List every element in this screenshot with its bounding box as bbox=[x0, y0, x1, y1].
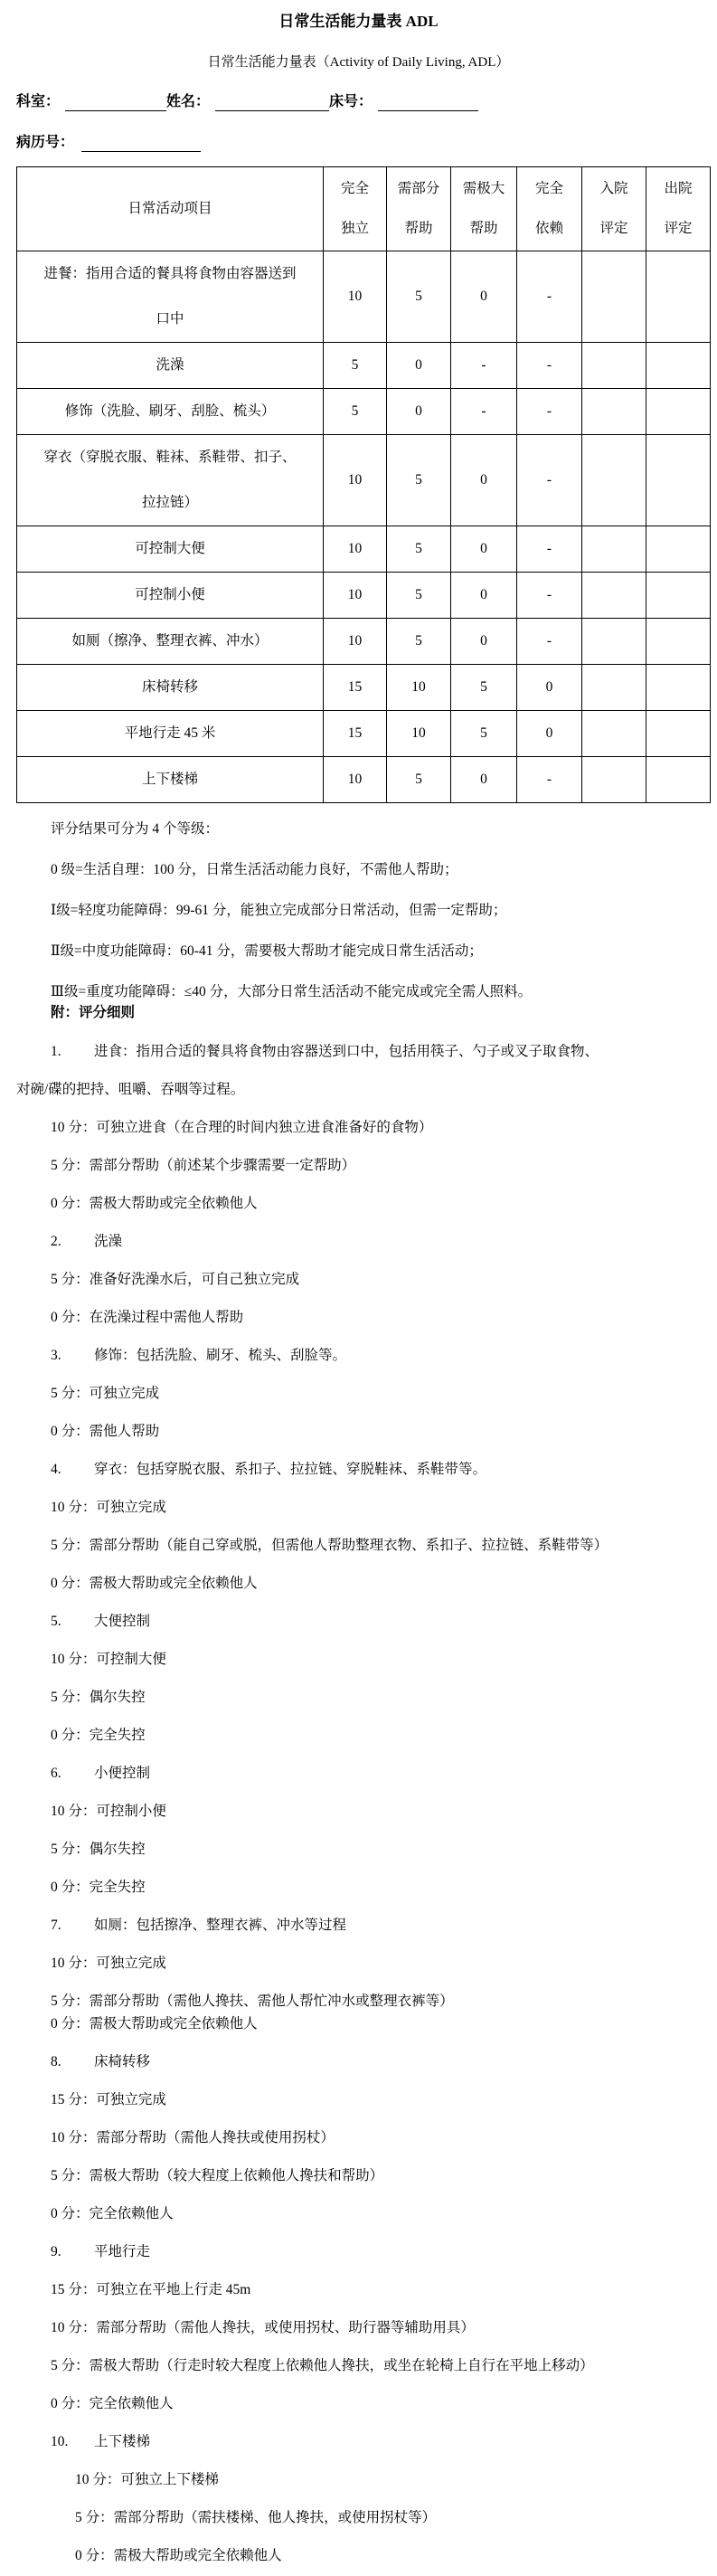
rule-text: 0 分：需极大帮助或完全依赖他人 bbox=[75, 2548, 282, 2563]
rule-line: 8.床椅转移 bbox=[51, 2054, 701, 2069]
rule-text: 0 分：需极大帮助或完全依赖他人 bbox=[51, 1196, 258, 1211]
rule-line: 15 分：可独立完成 bbox=[51, 2092, 701, 2107]
rule-line: 1.进食：指用合适的餐具将食物由容器送到口中，包括用筷子、勺子或叉子取食物、 bbox=[51, 1044, 701, 1059]
score-cell: 10 bbox=[324, 435, 387, 526]
admission-eval-cell bbox=[582, 389, 646, 435]
rule-line: 0 分：完全依赖他人 bbox=[51, 2396, 701, 2411]
column-header-admission: 入院 评定 bbox=[582, 167, 646, 251]
rule-number: 7. bbox=[51, 1918, 94, 1933]
table-row: 可控制大便 10 5 0 - bbox=[17, 526, 711, 573]
rule-text: 10 分：可独立上下楼梯 bbox=[75, 2472, 219, 2487]
adl-table-body: 进餐：指用合适的餐具将食物由容器送到 口中 10 5 0 - 洗澡 5 0 - … bbox=[17, 251, 711, 803]
rule-text: 0 分：完全失控 bbox=[51, 1728, 146, 1743]
discharge-eval-cell bbox=[646, 573, 711, 619]
table-row: 洗澡 5 0 - - bbox=[17, 343, 711, 389]
admission-eval-cell bbox=[582, 757, 646, 803]
name-label: 姓名： bbox=[166, 94, 210, 109]
admission-eval-cell bbox=[582, 711, 646, 757]
score-cell: 10 bbox=[324, 526, 387, 573]
discharge-eval-cell bbox=[646, 343, 711, 389]
rule-line: 5 分：需部分帮助（前述某个步骤需要一定帮助） bbox=[51, 1158, 701, 1173]
rule-text: 床椅转移 bbox=[94, 2054, 150, 2069]
column-header-activity: 日常活动项目 bbox=[17, 167, 324, 251]
score-cell: 10 bbox=[387, 711, 451, 757]
rule-text: 15 分：可独立在平地上行走 45m bbox=[51, 2282, 250, 2297]
score-cell: 5 bbox=[451, 711, 517, 757]
discharge-eval-cell bbox=[646, 665, 711, 711]
rule-text: 洗澡 bbox=[94, 1234, 122, 1249]
rules-section: 1.进食：指用合适的餐具将食物由容器送到口中，包括用筷子、勺子或叉子取食物、 对… bbox=[16, 1044, 701, 2563]
discharge-eval-cell bbox=[646, 526, 711, 573]
discharge-eval-cell bbox=[646, 619, 711, 665]
dept-label: 科室： bbox=[16, 94, 60, 109]
rule-text: 10 分：可控制小便 bbox=[51, 1804, 166, 1819]
rule-number: 8. bbox=[51, 2054, 94, 2069]
score-cell: - bbox=[451, 343, 517, 389]
rule-text: 10 分：可独立完成 bbox=[51, 1956, 166, 1971]
rule-text: 5 分：需极大帮助（较大程度上依赖他人搀扶和帮助） bbox=[51, 2168, 383, 2183]
rule-line: 10 分：可独立进食（在合理的时间内独立进食准备好的食物） bbox=[51, 1120, 701, 1135]
record-number-line: 病历号： bbox=[16, 134, 701, 152]
rule-text: 10 分：需部分帮助（需他人搀扶或使用拐杖） bbox=[51, 2130, 335, 2145]
activity-cell: 床椅转移 bbox=[17, 665, 324, 711]
table-header-row: 日常活动项目 完全 独立 需部分 帮助 需极大 帮助 完全 依赖 入院 评定 出… bbox=[17, 167, 711, 251]
rule-line: 10.上下楼梯 bbox=[51, 2434, 701, 2449]
rule-line: 0 分：需极大帮助或完全依赖他人 bbox=[51, 1196, 701, 1211]
rule-line: 4.穿衣：包括穿脱衣服、系扣子、拉拉链、穿脱鞋袜、系鞋带等。 bbox=[51, 1462, 701, 1477]
rule-line: 0 分：需极大帮助或完全依赖他人 bbox=[51, 1576, 701, 1591]
rule-text: 如厕：包括擦净、整理衣裤、冲水等过程 bbox=[94, 1918, 346, 1933]
rule-text: 0 分：完全依赖他人 bbox=[51, 2396, 174, 2411]
adl-score-table: 日常活动项目 完全 独立 需部分 帮助 需极大 帮助 完全 依赖 入院 评定 出… bbox=[16, 166, 711, 803]
appendix-title: 附：评分细则 bbox=[51, 1005, 701, 1021]
score-cell: - bbox=[517, 619, 582, 665]
rule-line: 0 分：完全失控 bbox=[51, 1880, 701, 1895]
rule-text: 10 分：可控制大便 bbox=[51, 1652, 166, 1667]
rule-text: 5 分：偶尔失控 bbox=[51, 1842, 146, 1857]
rule-line: 5 分：偶尔失控 bbox=[51, 1690, 701, 1705]
rule-line: 5 分：需部分帮助（需他人搀扶、需他人帮忙冲水或整理衣裤等） bbox=[51, 1994, 701, 2009]
table-row: 穿衣（穿脱衣服、鞋袜、系鞋带、扣子、 拉拉链） 10 5 0 - bbox=[17, 435, 711, 526]
rule-text: 0 分：需极大帮助或完全依赖他人 bbox=[51, 2016, 258, 2031]
admission-eval-cell bbox=[582, 435, 646, 526]
score-cell: 10 bbox=[324, 251, 387, 343]
rule-line: 10 分：可控制大便 bbox=[51, 1652, 701, 1667]
table-row: 可控制小便 10 5 0 - bbox=[17, 573, 711, 619]
table-row: 床椅转移 15 10 5 0 bbox=[17, 665, 711, 711]
grading-section: 评分结果可分为 4 个等级： 0 级=生活自理：100 分，日常生活活动能力良好… bbox=[16, 821, 701, 1021]
activity-cell: 修饰（洗脸、刷牙、刮脸、梳头） bbox=[17, 389, 324, 435]
name-field bbox=[215, 95, 329, 111]
rule-text: 平地行走 bbox=[94, 2244, 150, 2259]
table-row: 平地行走 45 米 15 10 5 0 bbox=[17, 711, 711, 757]
activity-cell: 上下楼梯 bbox=[17, 757, 324, 803]
rule-text: 0 分：完全依赖他人 bbox=[51, 2206, 174, 2221]
activity-cell: 可控制小便 bbox=[17, 573, 324, 619]
rule-line: 5 分：需部分帮助（需扶楼梯、他人搀扶，或使用拐杖等） bbox=[75, 2510, 701, 2525]
rule-line: 7.如厕：包括擦净、整理衣裤、冲水等过程 bbox=[51, 1918, 701, 1933]
discharge-eval-cell bbox=[646, 757, 711, 803]
record-label: 病历号： bbox=[16, 135, 74, 150]
table-row: 进餐：指用合适的餐具将食物由容器送到 口中 10 5 0 - bbox=[17, 251, 711, 343]
score-cell: 0 bbox=[387, 389, 451, 435]
rule-line: 0 分：完全失控 bbox=[51, 1728, 701, 1743]
rule-line: 0 分：需他人帮助 bbox=[51, 1424, 701, 1439]
rule-text: 修饰：包括洗脸、刷牙、梳头、刮脸等。 bbox=[94, 1348, 346, 1363]
rule-text: 0 分：完全失控 bbox=[51, 1880, 146, 1895]
activity-cell: 洗澡 bbox=[17, 343, 324, 389]
rule-number: 5. bbox=[51, 1614, 94, 1629]
rule-line: 10 分：可控制小便 bbox=[51, 1804, 701, 1819]
rule-number: 10. bbox=[51, 2434, 94, 2449]
activity-cell: 穿衣（穿脱衣服、鞋袜、系鞋带、扣子、 拉拉链） bbox=[17, 435, 324, 526]
rule-text: 5 分：需部分帮助（需他人搀扶、需他人帮忙冲水或整理衣裤等） bbox=[51, 1994, 454, 2009]
activity-cell: 可控制大便 bbox=[17, 526, 324, 573]
grading-intro: 评分结果可分为 4 个等级： bbox=[51, 821, 701, 838]
rule-line: 0 分：在洗澡过程中需他人帮助 bbox=[51, 1310, 701, 1325]
discharge-eval-cell bbox=[646, 435, 711, 526]
rule-text: 0 分：需他人帮助 bbox=[51, 1424, 159, 1439]
rule-text: 5 分：需部分帮助（前述某个步骤需要一定帮助） bbox=[51, 1158, 355, 1173]
grading-level-2: Ⅱ级=中度功能障碍：60-41 分，需要极大帮助才能完成日常生活活动； bbox=[51, 943, 701, 960]
rule-text: 5 分：需极大帮助（行走时较大程度上依赖他人搀扶，或坐在轮椅上自行在平地上移动） bbox=[51, 2358, 594, 2373]
rule-text: 0 分：需极大帮助或完全依赖他人 bbox=[51, 1576, 258, 1591]
rule-line: 10 分：可独立完成 bbox=[51, 1956, 701, 1971]
activity-cell: 进餐：指用合适的餐具将食物由容器送到 口中 bbox=[17, 251, 324, 343]
rule-number: 6. bbox=[51, 1766, 94, 1781]
rule-number: 3. bbox=[51, 1348, 94, 1363]
table-row: 上下楼梯 10 5 0 - bbox=[17, 757, 711, 803]
grading-level-0: 0 级=生活自理：100 分，日常生活活动能力良好，不需他人帮助； bbox=[51, 862, 701, 878]
score-cell: 5 bbox=[387, 526, 451, 573]
discharge-eval-cell bbox=[646, 389, 711, 435]
score-cell: - bbox=[517, 343, 582, 389]
rule-text: 小便控制 bbox=[94, 1766, 150, 1781]
admission-eval-cell bbox=[582, 526, 646, 573]
rule-line: 3.修饰：包括洗脸、刷牙、梳头、刮脸等。 bbox=[51, 1348, 701, 1363]
column-header-discharge: 出院 评定 bbox=[646, 167, 711, 251]
score-cell: 15 bbox=[324, 711, 387, 757]
rule-number: 2. bbox=[51, 1234, 94, 1249]
grading-level-3: Ⅲ级=重度功能障碍：≤40 分，大部分日常生活活动不能完成或完全需人照料。 bbox=[51, 984, 701, 1000]
score-cell: 0 bbox=[451, 251, 517, 343]
admission-eval-cell bbox=[582, 619, 646, 665]
bed-field bbox=[378, 95, 478, 111]
rule-text: 10 分：可独立进食（在合理的时间内独立进食准备好的食物） bbox=[51, 1120, 432, 1135]
rule-text: 穿衣：包括穿脱衣服、系扣子、拉拉链、穿脱鞋袜、系鞋带等。 bbox=[94, 1462, 486, 1477]
rule-line: 5 分：偶尔失控 bbox=[51, 1842, 701, 1857]
score-cell: 5 bbox=[387, 435, 451, 526]
rule-text: 进食：指用合适的餐具将食物由容器送到口中，包括用筷子、勺子或叉子取食物、 bbox=[94, 1044, 599, 1059]
rule-line: 9.平地行走 bbox=[51, 2244, 701, 2259]
bed-label: 床号： bbox=[329, 94, 373, 109]
column-header-partial-help: 需部分 帮助 bbox=[387, 167, 451, 251]
score-cell: - bbox=[517, 435, 582, 526]
rule-number: 9. bbox=[51, 2244, 94, 2259]
score-cell: 10 bbox=[324, 757, 387, 803]
score-cell: - bbox=[517, 251, 582, 343]
rule-line: 2.洗澡 bbox=[51, 1234, 701, 1249]
rule-line: 0 分：需极大帮助或完全依赖他人 bbox=[51, 2016, 701, 2031]
discharge-eval-cell bbox=[646, 711, 711, 757]
score-cell: - bbox=[451, 389, 517, 435]
score-cell: 0 bbox=[387, 343, 451, 389]
rule-line: 10 分：可独立上下楼梯 bbox=[75, 2472, 701, 2487]
rule-line: 5 分：准备好洗澡水后，可自己独立完成 bbox=[51, 1272, 701, 1287]
score-cell: 5 bbox=[387, 251, 451, 343]
rule-line: 5 分：需极大帮助（较大程度上依赖他人搀扶和帮助） bbox=[51, 2168, 701, 2183]
column-header-independent: 完全 独立 bbox=[324, 167, 387, 251]
document-page: 日常生活能力量表 ADL 日常生活能力量表（Activity of Daily … bbox=[0, 0, 717, 2576]
admission-eval-cell bbox=[582, 665, 646, 711]
rule-line: 15 分：可独立在平地上行走 45m bbox=[51, 2282, 701, 2297]
score-cell: 0 bbox=[451, 435, 517, 526]
activity-cell: 平地行走 45 米 bbox=[17, 711, 324, 757]
page-subtitle: 日常生活能力量表（Activity of Daily Living, ADL） bbox=[16, 54, 701, 71]
rule-text: 5 分：偶尔失控 bbox=[51, 1690, 146, 1705]
score-cell: 10 bbox=[387, 665, 451, 711]
record-field bbox=[81, 136, 201, 152]
rule-text: 5 分：准备好洗澡水后，可自己独立完成 bbox=[51, 1272, 299, 1287]
score-cell: 0 bbox=[451, 573, 517, 619]
column-header-great-help: 需极大 帮助 bbox=[451, 167, 517, 251]
rule-text: 5 分：可独立完成 bbox=[51, 1386, 159, 1401]
rule-line: 对碗/碟的把持、咀嚼、吞咽等过程。 bbox=[16, 1082, 701, 1097]
activity-cell: 如厕（擦净、整理衣裤、冲水） bbox=[17, 619, 324, 665]
patient-info-line: 科室：姓名：床号： bbox=[16, 93, 701, 111]
rule-number: 4. bbox=[51, 1462, 94, 1477]
rule-text: 对碗/碟的把持、咀嚼、吞咽等过程。 bbox=[16, 1082, 244, 1097]
rule-text: 上下楼梯 bbox=[94, 2434, 150, 2449]
score-cell: - bbox=[517, 757, 582, 803]
rule-text: 0 分：在洗澡过程中需他人帮助 bbox=[51, 1310, 243, 1325]
score-cell: 5 bbox=[387, 619, 451, 665]
rule-text: 10 分：需部分帮助（需他人搀扶，或使用拐杖、助行器等辅助用具） bbox=[51, 2320, 475, 2335]
score-cell: 0 bbox=[451, 526, 517, 573]
rule-line: 0 分：需极大帮助或完全依赖他人 bbox=[75, 2548, 701, 2563]
score-cell: 5 bbox=[387, 573, 451, 619]
score-cell: 5 bbox=[387, 757, 451, 803]
score-cell: 0 bbox=[517, 665, 582, 711]
rule-text: 大便控制 bbox=[94, 1614, 150, 1629]
score-cell: 0 bbox=[517, 711, 582, 757]
rule-line: 0 分：完全依赖他人 bbox=[51, 2206, 701, 2221]
rule-text: 15 分：可独立完成 bbox=[51, 2092, 166, 2107]
score-cell: 5 bbox=[451, 665, 517, 711]
rule-line: 5.大便控制 bbox=[51, 1614, 701, 1629]
rule-line: 10 分：需部分帮助（需他人搀扶，或使用拐杖、助行器等辅助用具） bbox=[51, 2320, 701, 2335]
rule-text: 5 分：需部分帮助（能自己穿或脱，但需他人帮助整理衣物、系扣子、拉拉链、系鞋带等… bbox=[51, 1538, 608, 1553]
score-cell: 0 bbox=[451, 757, 517, 803]
score-cell: - bbox=[517, 389, 582, 435]
grading-level-1: Ⅰ级=轻度功能障碍：99-61 分，能独立完成部分日常活动，但需一定帮助； bbox=[51, 903, 701, 919]
score-cell: 10 bbox=[324, 573, 387, 619]
discharge-eval-cell bbox=[646, 251, 711, 343]
score-cell: 10 bbox=[324, 619, 387, 665]
rule-line: 10 分：可独立完成 bbox=[51, 1500, 701, 1515]
score-cell: 15 bbox=[324, 665, 387, 711]
rule-line: 6.小便控制 bbox=[51, 1766, 701, 1781]
admission-eval-cell bbox=[582, 251, 646, 343]
column-header-dependent: 完全 依赖 bbox=[517, 167, 582, 251]
rule-text: 10 分：可独立完成 bbox=[51, 1500, 166, 1515]
score-cell: 5 bbox=[324, 343, 387, 389]
score-cell: 5 bbox=[324, 389, 387, 435]
rule-line: 10 分：需部分帮助（需他人搀扶或使用拐杖） bbox=[51, 2130, 701, 2145]
rule-number: 1. bbox=[51, 1044, 94, 1059]
page-title: 日常生活能力量表 ADL bbox=[16, 13, 701, 31]
admission-eval-cell bbox=[582, 573, 646, 619]
table-row: 如厕（擦净、整理衣裤、冲水） 10 5 0 - bbox=[17, 619, 711, 665]
rule-line: 5 分：需部分帮助（能自己穿或脱，但需他人帮助整理衣物、系扣子、拉拉链、系鞋带等… bbox=[51, 1538, 701, 1553]
dept-field bbox=[65, 95, 166, 111]
score-cell: - bbox=[517, 526, 582, 573]
rule-line: 5 分：可独立完成 bbox=[51, 1386, 701, 1401]
table-row: 修饰（洗脸、刷牙、刮脸、梳头） 5 0 - - bbox=[17, 389, 711, 435]
rule-line: 5 分：需极大帮助（行走时较大程度上依赖他人搀扶，或坐在轮椅上自行在平地上移动） bbox=[51, 2358, 701, 2373]
admission-eval-cell bbox=[582, 343, 646, 389]
rule-text: 5 分：需部分帮助（需扶楼梯、他人搀扶，或使用拐杖等） bbox=[75, 2510, 436, 2525]
score-cell: - bbox=[517, 573, 582, 619]
score-cell: 0 bbox=[451, 619, 517, 665]
